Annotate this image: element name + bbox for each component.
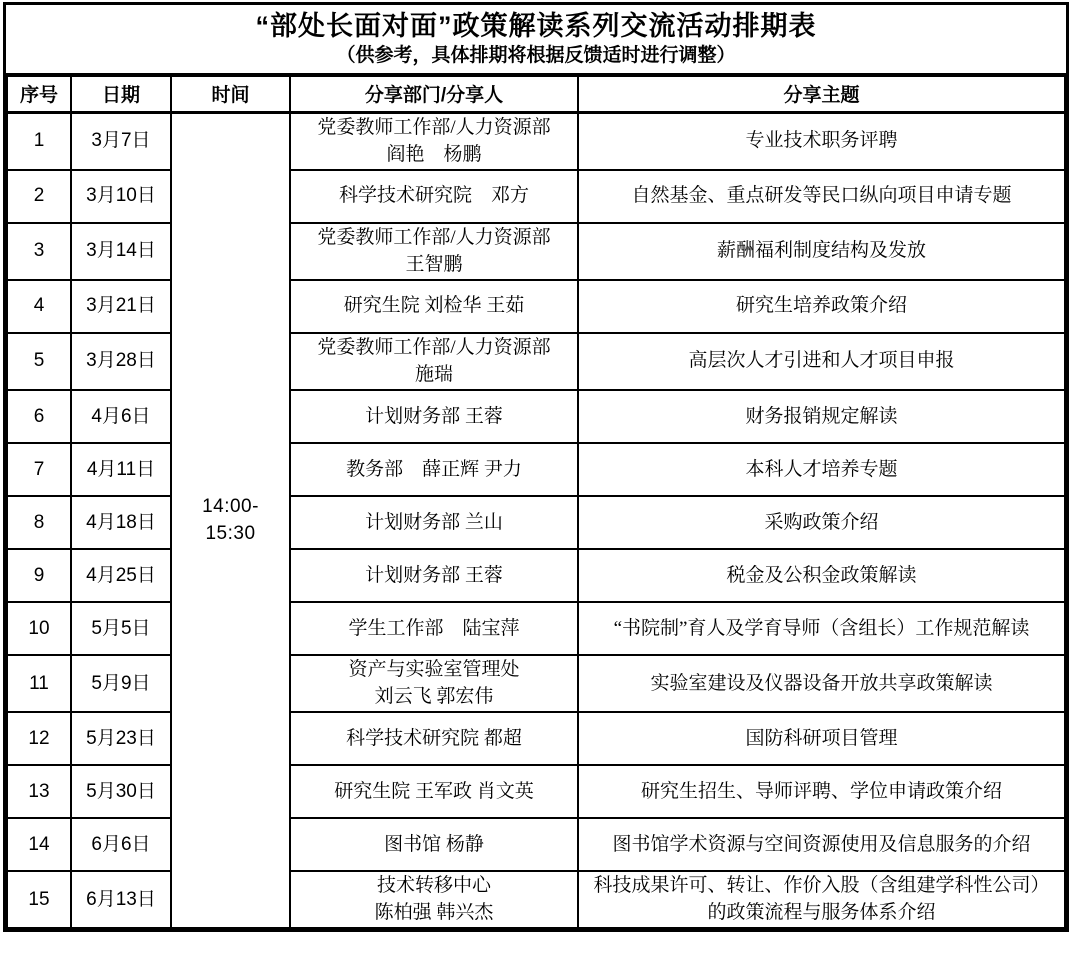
dept-cell: 技术转移中心 陈柏强 韩兴杰 [290, 871, 578, 928]
topic-cell: 研究生招生、导师评聘、学位申请政策介绍 [578, 765, 1065, 818]
title-block: “部处长面对面”政策解读系列交流活动排期表 （供参考，具体排期将根据反馈适时进行… [6, 5, 1066, 75]
table-row: 14 6月6日 图书馆 杨静 图书馆学术资源与空间资源使用及信息服务的介绍 [7, 818, 1065, 871]
date-cell: 6月6日 [71, 818, 171, 871]
col-header-dept: 分享部门/分享人 [290, 76, 578, 112]
topic-cell: 薪酬福利制度结构及发放 [578, 223, 1065, 280]
dept-cell: 研究生院 王军政 肖文英 [290, 765, 578, 818]
topic-cell: 财务报销规定解读 [578, 390, 1065, 443]
date-cell: 4月6日 [71, 390, 171, 443]
table-row: 7 4月11日 教务部 薛正辉 尹力 本科人才培养专题 [7, 443, 1065, 496]
date-cell: 5月23日 [71, 712, 171, 765]
table-row: 10 5月5日 学生工作部 陆宝萍 “书院制”育人及学育导师（含组长）工作规范解… [7, 602, 1065, 655]
topic-cell: 研究生培养政策介绍 [578, 280, 1065, 333]
dept-cell: 计划财务部 王蓉 [290, 390, 578, 443]
topic-cell: 自然基金、重点研发等民口纵向项目申请专题 [578, 170, 1065, 223]
row-number-cell: 3 [7, 223, 71, 280]
dept-cell: 资产与实验室管理处 刘云飞 郭宏伟 [290, 655, 578, 712]
dept-cell: 党委教师工作部/人力资源部 阎艳 杨鹏 [290, 112, 578, 170]
col-header-no: 序号 [7, 76, 71, 112]
date-cell: 3月21日 [71, 280, 171, 333]
topic-cell: 国防科研项目管理 [578, 712, 1065, 765]
topic-cell: 本科人才培养专题 [578, 443, 1065, 496]
topic-cell: “书院制”育人及学育导师（含组长）工作规范解读 [578, 602, 1065, 655]
row-number-cell: 5 [7, 333, 71, 390]
row-number-cell: 6 [7, 390, 71, 443]
topic-cell: 科技成果许可、转让、作价入股（含组建学科性公司）的政策流程与服务体系介绍 [578, 871, 1065, 928]
table-row: 4 3月21日 研究生院 刘检华 王茹 研究生培养政策介绍 [7, 280, 1065, 333]
date-cell: 5月30日 [71, 765, 171, 818]
row-number-cell: 13 [7, 765, 71, 818]
date-cell: 4月18日 [71, 496, 171, 549]
row-number-cell: 12 [7, 712, 71, 765]
schedule-sheet: “部处长面对面”政策解读系列交流活动排期表 （供参考，具体排期将根据反馈适时进行… [3, 2, 1069, 932]
dept-cell: 研究生院 刘检华 王茹 [290, 280, 578, 333]
row-number-cell: 15 [7, 871, 71, 928]
date-cell: 3月14日 [71, 223, 171, 280]
dept-cell: 党委教师工作部/人力资源部 王智鹏 [290, 223, 578, 280]
table-row: 11 5月9日 资产与实验室管理处 刘云飞 郭宏伟 实验室建设及仪器设备开放共享… [7, 655, 1065, 712]
col-header-time: 时间 [171, 76, 290, 112]
topic-cell: 实验室建设及仪器设备开放共享政策解读 [578, 655, 1065, 712]
dept-cell: 教务部 薛正辉 尹力 [290, 443, 578, 496]
table-row: 3 3月14日 党委教师工作部/人力资源部 王智鹏 薪酬福利制度结构及发放 [7, 223, 1065, 280]
dept-cell: 计划财务部 王蓉 [290, 549, 578, 602]
table-row: 13 5月30日 研究生院 王军政 肖文英 研究生招生、导师评聘、学位申请政策介… [7, 765, 1065, 818]
dept-cell: 科学技术研究院 邓方 [290, 170, 578, 223]
topic-cell: 高层次人才引进和人才项目申报 [578, 333, 1065, 390]
dept-cell: 学生工作部 陆宝萍 [290, 602, 578, 655]
date-cell: 4月11日 [71, 443, 171, 496]
date-cell: 4月25日 [71, 549, 171, 602]
topic-cell: 专业技术职务评聘 [578, 112, 1065, 170]
date-cell: 3月10日 [71, 170, 171, 223]
row-number-cell: 10 [7, 602, 71, 655]
row-number-cell: 7 [7, 443, 71, 496]
row-number-cell: 11 [7, 655, 71, 712]
table-row: 9 4月25日 计划财务部 王蓉 税金及公积金政策解读 [7, 549, 1065, 602]
dept-cell: 科学技术研究院 都超 [290, 712, 578, 765]
date-cell: 3月7日 [71, 112, 171, 170]
row-number-cell: 9 [7, 549, 71, 602]
table-row: 5 3月28日 党委教师工作部/人力资源部 施瑞 高层次人才引进和人才项目申报 [7, 333, 1065, 390]
date-cell: 3月28日 [71, 333, 171, 390]
row-number-cell: 14 [7, 818, 71, 871]
date-cell: 5月9日 [71, 655, 171, 712]
dept-cell: 党委教师工作部/人力资源部 施瑞 [290, 333, 578, 390]
row-number-cell: 2 [7, 170, 71, 223]
table-row: 8 4月18日 计划财务部 兰山 采购政策介绍 [7, 496, 1065, 549]
dept-cell: 图书馆 杨静 [290, 818, 578, 871]
page-title: “部处长面对面”政策解读系列交流活动排期表 [256, 10, 817, 44]
date-cell: 6月13日 [71, 871, 171, 928]
table-row: 12 5月23日 科学技术研究院 都超 国防科研项目管理 [7, 712, 1065, 765]
topic-cell: 图书馆学术资源与空间资源使用及信息服务的介绍 [578, 818, 1065, 871]
table-row: 15 6月13日 技术转移中心 陈柏强 韩兴杰 科技成果许可、转让、作价入股（含… [7, 871, 1065, 928]
page-subtitle: （供参考，具体排期将根据反馈适时进行调整） [336, 44, 735, 69]
table-row: 2 3月10日 科学技术研究院 邓方 自然基金、重点研发等民口纵向项目申请专题 [7, 170, 1065, 223]
topic-cell: 税金及公积金政策解读 [578, 549, 1065, 602]
schedule-table: 序号 日期 时间 分享部门/分享人 分享主题 1 3月7日 14:00- 15:… [6, 75, 1066, 929]
table-row: 6 4月6日 计划财务部 王蓉 财务报销规定解读 [7, 390, 1065, 443]
row-number-cell: 4 [7, 280, 71, 333]
dept-cell: 计划财务部 兰山 [290, 496, 578, 549]
row-number-cell: 1 [7, 112, 71, 170]
col-header-date: 日期 [71, 76, 171, 112]
date-cell: 5月5日 [71, 602, 171, 655]
row-number-cell: 8 [7, 496, 71, 549]
header-row: 序号 日期 时间 分享部门/分享人 分享主题 [7, 76, 1065, 112]
col-header-topic: 分享主题 [578, 76, 1065, 112]
topic-cell: 采购政策介绍 [578, 496, 1065, 549]
table-row: 1 3月7日 14:00- 15:30 党委教师工作部/人力资源部 阎艳 杨鹏 … [7, 112, 1065, 170]
time-cell: 14:00- 15:30 [171, 112, 290, 928]
